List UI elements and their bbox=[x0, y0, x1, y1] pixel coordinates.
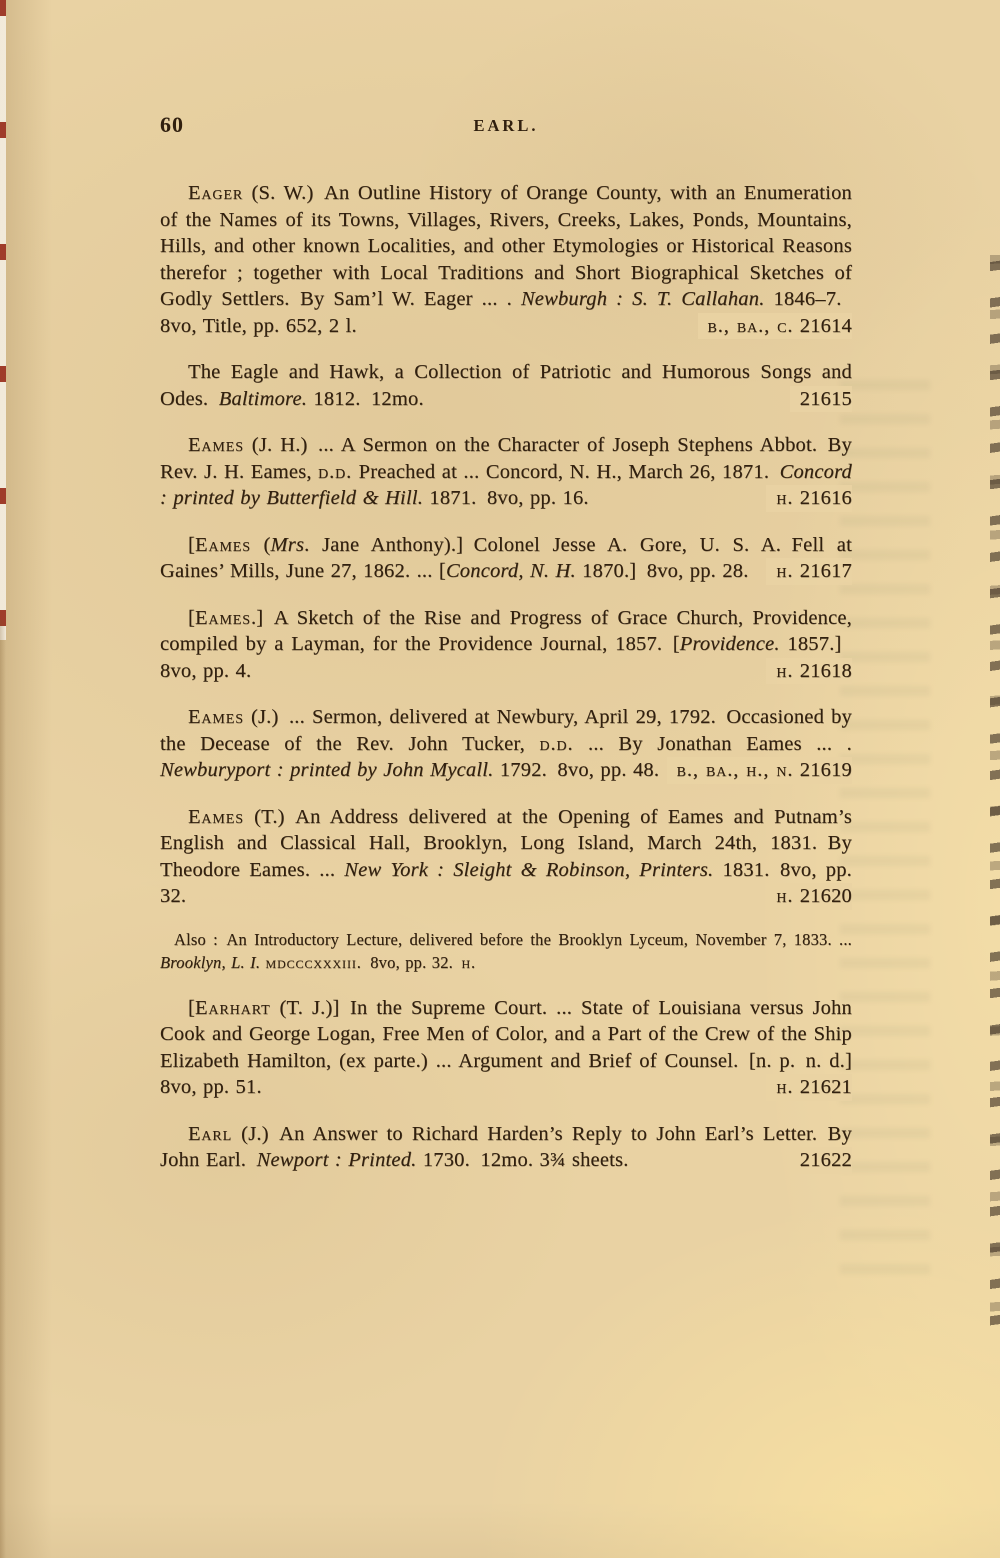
entry-tail-segment: 21618 bbox=[793, 660, 852, 682]
entry-tail-segment: 21621 bbox=[793, 1076, 852, 1098]
entry-text-segment: Earl bbox=[188, 1123, 232, 1145]
entry-text-segment: 8vo, pp. 32. bbox=[362, 953, 462, 972]
entry-text-segment: [ bbox=[188, 997, 195, 1019]
entries-list: Eager (S. W.) An Outline History of Oran… bbox=[160, 180, 852, 1174]
entry-tail-segment: h. bbox=[776, 1076, 793, 1098]
catalog-entry: Eames (J.) ... Sermon, delivered at Newb… bbox=[160, 704, 852, 784]
entry-text-segment: Eames bbox=[188, 434, 244, 456]
catalog-entry: [Eames.] A Sketch of the Rise and Progre… bbox=[160, 605, 852, 685]
entry-text-segment: New York : Sleight & Robinson, Printers. bbox=[344, 859, 713, 881]
entry-text-segment: d.d. bbox=[539, 733, 573, 755]
adjacent-page-text-marks bbox=[990, 255, 1000, 1340]
entry-tail-segment: 21619 bbox=[793, 759, 852, 781]
catalog-entry: [Eames (Mrs. Jane Anthony).] Colonel Jes… bbox=[160, 532, 852, 585]
entry-text-segment: Brooklyn, L. I. bbox=[160, 953, 260, 972]
entry-catalog-number: 21615 bbox=[790, 386, 852, 413]
catalog-entry: [Earhart (T. J.)] In the Supreme Court. … bbox=[160, 995, 852, 1101]
entry-note: Also : An Introductory Lecture, delivere… bbox=[160, 928, 852, 975]
page-left-binding-edge bbox=[0, 0, 6, 640]
entry-text-segment: Eager bbox=[188, 182, 243, 204]
catalog-entry: Eames (T.) An Address delivered at the O… bbox=[160, 804, 852, 910]
entry-text-segment: 1792. 8vo, pp. 48. bbox=[494, 759, 660, 781]
entry-text-segment: Providence. bbox=[680, 633, 780, 655]
entry-text-segment: Baltimore. bbox=[219, 388, 307, 410]
entry-tail-segment: h. bbox=[776, 660, 793, 682]
entry-text-segment: Eames bbox=[188, 706, 244, 728]
entry-tail-segment: 21620 bbox=[793, 885, 852, 907]
entry-catalog-number: h. 21621 bbox=[766, 1074, 852, 1101]
page-left-edge-shadow bbox=[0, 620, 6, 1558]
entry-text-segment: [ bbox=[188, 534, 195, 556]
entry-catalog-number: h. 21617 bbox=[766, 558, 852, 585]
entry-text-segment: [ bbox=[188, 607, 195, 629]
entry-text-segment: h. bbox=[461, 953, 476, 972]
catalog-entry: Eager (S. W.) An Outline History of Oran… bbox=[160, 180, 852, 339]
entry-tail-segment: h. bbox=[776, 560, 793, 582]
entry-text-segment: Newburyport : printed by John Mycall. bbox=[160, 759, 494, 781]
entry-text-segment: Mrs bbox=[271, 534, 305, 556]
entry-text-segment: 1812. 12mo. bbox=[307, 388, 424, 410]
running-head: EARL. bbox=[160, 116, 852, 136]
entry-catalog-number: b., ba., c. 21614 bbox=[698, 313, 852, 340]
entry-tail-segment: h. bbox=[776, 885, 793, 907]
page-header: 60 EARL. bbox=[160, 112, 852, 144]
entry-text-segment: Preached at ... Concord, N. H., March 26… bbox=[352, 461, 779, 483]
catalog-entry: The Eagle and Hawk, a Collection of Patr… bbox=[160, 359, 852, 412]
ink-bleedthrough bbox=[840, 380, 930, 1280]
entry-tail-segment: h. bbox=[776, 487, 793, 509]
entry-tail-segment: 21617 bbox=[793, 560, 852, 582]
entry-text-segment: ... By Jonathan Eames ... . bbox=[574, 733, 852, 755]
entry-text-segment: d.d. bbox=[318, 461, 352, 483]
entry-text-segment: Newport : Printed. bbox=[257, 1149, 417, 1171]
entry-text-segment: ( bbox=[251, 534, 271, 556]
entry-catalog-number: h. 21616 bbox=[766, 485, 852, 512]
entry-text-segment: 1870.] 8vo, pp. 28. bbox=[576, 560, 749, 582]
entry-tail-segment: 21615 bbox=[800, 388, 852, 410]
entry-text-segment: Also : An Introductory Lecture, delivere… bbox=[174, 930, 852, 949]
page-content: 60 EARL. Eager (S. W.) An Outline Histor… bbox=[160, 112, 852, 1194]
entry-tail-segment: 21614 bbox=[793, 315, 852, 337]
entry-text-segment: Eames bbox=[195, 607, 251, 629]
entry-text-segment: Newburgh : S. T. Callahan. bbox=[521, 288, 765, 310]
entry-catalog-number: 21622 bbox=[790, 1147, 852, 1174]
book-page: 60 EARL. Eager (S. W.) An Outline Histor… bbox=[0, 0, 1000, 1558]
entry-catalog-number: b., ba., h., n. 21619 bbox=[667, 757, 852, 784]
entry-text-segment: mdcccxxxiii. bbox=[266, 953, 362, 972]
entry-tail-segment: b., ba., c. bbox=[708, 315, 794, 337]
entry-catalog-number: h. 21618 bbox=[766, 658, 852, 685]
entry-tail-segment: 21616 bbox=[793, 487, 852, 509]
entry-tail-segment: b., ba., h., n. bbox=[677, 759, 794, 781]
entry-text-segment: 1730. 12mo. 3¾ sheets. bbox=[417, 1149, 629, 1171]
catalog-entry: Eames (J. H.) ... A Sermon on the Charac… bbox=[160, 432, 852, 512]
entry-text-segment: Eames bbox=[188, 806, 244, 828]
catalog-entry: Earl (J.) An Answer to Richard Harden’s … bbox=[160, 1121, 852, 1174]
entry-text-segment: 1871. 8vo, pp. 16. bbox=[423, 487, 589, 509]
entry-catalog-number: h. 21620 bbox=[766, 883, 852, 910]
entry-text-segment: Eames bbox=[195, 534, 251, 556]
entry-text-segment: Concord, N. H. bbox=[446, 560, 576, 582]
entry-text-segment: Earhart bbox=[195, 997, 271, 1019]
entry-tail-segment: 21622 bbox=[800, 1149, 852, 1171]
